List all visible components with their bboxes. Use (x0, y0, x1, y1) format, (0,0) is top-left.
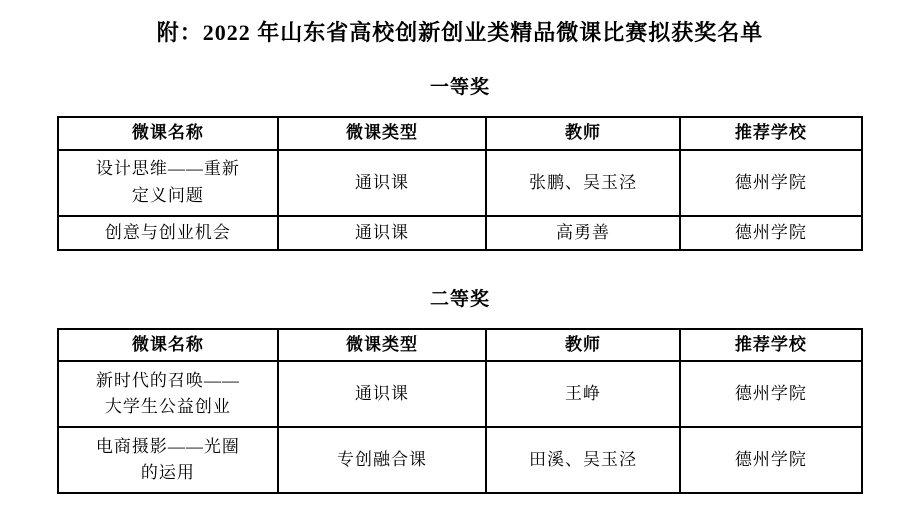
column-header-teacher: 教师 (486, 117, 679, 149)
column-header-school: 推荐学校 (680, 329, 862, 361)
course-type-cell: 通识课 (278, 150, 487, 216)
column-header-school: 推荐学校 (680, 117, 862, 149)
course-name-cell: 设计思维——重新 定义问题 (58, 150, 278, 216)
course-name-cell: 电商摄影——光圈 的运用 (58, 427, 278, 493)
first-prize-table: 微课名称 微课类型 教师 推荐学校 设计思维——重新 定义问题 通识课 张鹏、吴… (57, 116, 863, 250)
table-row: 创意与创业机会 通识课 高勇善 德州学院 (58, 216, 862, 250)
course-type-cell: 专创融合课 (278, 427, 487, 493)
document-page: 附：2022 年山东省高校创新创业类精品微课比赛拟获奖名单 一等奖 微课名称 微… (0, 0, 920, 514)
course-name-cell: 新时代的召唤—— 大学生公益创业 (58, 361, 278, 427)
column-header-course-type: 微课类型 (278, 117, 487, 149)
teacher-cell: 张鹏、吴玉泾 (486, 150, 679, 216)
course-type-cell: 通识课 (278, 216, 487, 250)
column-header-course-name: 微课名称 (58, 117, 278, 149)
page-title: 附：2022 年山东省高校创新创业类精品微课比赛拟获奖名单 (0, 20, 920, 46)
table-row: 新时代的召唤—— 大学生公益创业 通识课 王峥 德州学院 (58, 361, 862, 427)
section-heading-second-prize: 二等奖 (0, 284, 920, 311)
teacher-cell: 田溪、吴玉泾 (486, 427, 679, 493)
course-name-cell: 创意与创业机会 (58, 216, 278, 250)
school-cell: 德州学院 (680, 427, 862, 493)
course-type-cell: 通识课 (278, 361, 487, 427)
teacher-cell: 高勇善 (486, 216, 679, 250)
column-header-teacher: 教师 (486, 329, 679, 361)
column-header-course-type: 微课类型 (278, 329, 487, 361)
table-row: 电商摄影——光圈 的运用 专创融合课 田溪、吴玉泾 德州学院 (58, 427, 862, 493)
column-header-course-name: 微课名称 (58, 329, 278, 361)
table-header-row: 微课名称 微课类型 教师 推荐学校 (58, 329, 862, 361)
teacher-cell: 王峥 (486, 361, 679, 427)
table-row: 设计思维——重新 定义问题 通识课 张鹏、吴玉泾 德州学院 (58, 150, 862, 216)
table-header-row: 微课名称 微课类型 教师 推荐学校 (58, 117, 862, 149)
second-prize-table: 微课名称 微课类型 教师 推荐学校 新时代的召唤—— 大学生公益创业 通识课 王… (57, 328, 863, 494)
school-cell: 德州学院 (680, 150, 862, 216)
school-cell: 德州学院 (680, 216, 862, 250)
section-heading-first-prize: 一等奖 (0, 72, 920, 99)
school-cell: 德州学院 (680, 361, 862, 427)
